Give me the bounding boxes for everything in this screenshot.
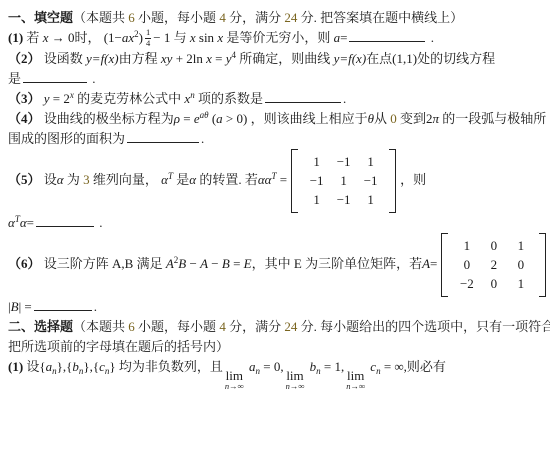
text-run: （本题共 [73,10,128,25]
text-run: xy [161,51,173,66]
text-run: 围成的图形的面积为 [8,131,125,146]
fill-blank-question-6-continuation: |B| =. [8,297,544,317]
text-run: 设{ [23,359,46,374]
text-run: A [200,256,208,271]
fill-blank-question-3: （3） y = 2x 的麦克劳林公式中 xn 项的系数是. [8,89,544,109]
text-run: 为 [64,172,84,187]
answer-blank [127,130,199,143]
answer-blank [36,214,94,227]
fill-blank-question-5-continuation: αTα= . [8,213,544,233]
text-run: 是 [173,172,189,187]
text-run: 分，满分 [226,10,285,25]
text-run: （本题共 [73,319,128,334]
text-run: ax [122,30,134,45]
matrix-grid: 101020−201 [448,233,539,297]
text-run: > 0) ，则该曲线上相应于 [223,111,368,126]
text-run: − [208,256,222,271]
matrix-cell: 0 [480,238,507,254]
text-run: 是 [8,71,21,86]
limit-operator: limn→∞ [346,369,365,391]
answer-blank [265,90,341,103]
text-run: 小题，每小题 [135,10,220,25]
text-run: . [427,30,434,45]
text-run: 是等价无穷小，则 [223,30,334,45]
text-run: 的转置. 若 [196,172,258,187]
text-run: (1) [8,30,23,45]
matrix-cell: 1 [357,154,384,170]
text-run: 二、 [8,319,34,334]
text-run: 在点(1,1)处的切线方程 [366,51,495,66]
text-run: . [96,215,103,230]
text-run: 设三阶方阵 A,B 满足 [41,256,166,271]
choice-question-1: (1) 设{an},{bn},{cn} 均为非负数列，且limn→∞ an = … [8,357,544,391]
text-run: = [430,256,437,271]
text-run: = [212,51,226,66]
matrix-grid: 1−11−11−11−11 [298,149,389,213]
text-run: 的一段弧与极轴所 [439,111,546,126]
text-run: （5） [8,172,41,187]
matrix-cell: 1 [303,192,330,208]
text-run: 把所选项前的字母填在题后的括号内） [8,339,229,354]
text-run: B [11,299,19,314]
text-run: E [244,256,252,271]
text-run: − 1 与 [153,30,190,45]
text-run: 维列向量， [90,172,162,187]
text-run: },{ [83,359,99,374]
matrix-cell: 1 [357,192,384,208]
text-run: 设 [41,172,57,187]
text-run: 若 [23,30,43,45]
text-run: 小题，每小题 [135,319,220,334]
text-run: α [8,215,15,230]
text-run: 分. 每小题给出的四个选项中，只有一项符合题目要求， [297,319,550,334]
fraction-exponent: 14 [145,28,151,49]
matrix-cell: 1 [507,238,534,254]
matrix-right-bracket [539,233,546,297]
limit-underscript: n→∞ [225,382,244,391]
text-run: . [201,131,204,146]
text-run: 分，满分 [226,319,285,334]
matrix-cell: 1 [303,154,330,170]
text-run: A [422,256,430,271]
text-run: = [340,30,347,45]
fill-blank-question-6: （6） 设三阶方阵 A,B 满足 A2B − A − B = E，其中 E 为三… [8,233,544,297]
fraction-numerator: 1 [146,28,150,38]
limit-word: lim [226,369,243,382]
matrix-cell: 0 [453,257,480,273]
text-run: 24 [284,319,297,334]
limit-operator: limn→∞ [286,369,305,391]
matrix-cell: 0 [507,257,534,273]
text-run: 由方程 [119,51,161,66]
text-run: = [27,215,34,230]
text-run: − [186,256,200,271]
matrix-cell: 1 [453,238,480,254]
text-run: 从 [374,111,390,126]
text-run: ，则 [400,172,426,187]
text-run: 变到2 [397,111,433,126]
limit-operator: limn→∞ [225,369,244,391]
text-run: αα [258,172,272,187]
exam-document-page: 一、填空题（本题共 6 小题，每小题 4 分，满分 24 分. 把答案填在题中横… [8,8,544,472]
text-run: （4） [8,111,41,126]
matrix: 1−11−11−11−11 [291,149,396,213]
text-run: = 2 [50,91,70,106]
fill-blank-question-4-continuation: 围成的图形的面积为. [8,129,544,149]
matrix-cell: 1 [330,173,357,189]
matrix-cell: −1 [357,173,384,189]
text-run: A [166,256,174,271]
fill-blank-question-5: （5） 设α 为 3 维列向量， αT 是α 的转置. 若ααT =1−11−1… [8,149,544,213]
text-run: = [230,256,244,271]
limit-word: lim [347,369,364,382]
section1-header: 一、填空题（本题共 6 小题，每小题 4 分，满分 24 分. 把答案填在题中横… [8,8,544,28]
matrix-left-bracket [291,149,298,213]
text-run: 设函数 [41,51,87,66]
text-run: α [57,172,64,187]
text-run: + 2ln [172,51,206,66]
fill-blank-question-2: （2） 设函数 y=f(x)由方程 xy + 2ln x = y4 所确定，则曲… [8,49,544,69]
text-run: ) [139,30,143,45]
text-run: . [89,71,96,86]
text-run: y=f(x) [334,51,367,66]
text-run: 一、 [8,10,34,25]
matrix-cell: 0 [480,276,507,292]
matrix-cell: −1 [330,192,357,208]
text-run: = 1, [321,359,345,374]
matrix-left-bracket [441,233,448,297]
limit-word: lim [286,369,303,382]
text-run: = [277,172,288,187]
text-run: → 0时， (1− [48,30,121,45]
text-run: ，其中 E 为三阶单位矩阵，若 [252,256,422,271]
text-run: },{ [57,359,73,374]
limit-underscript: n→∞ [346,382,365,391]
text-run: 所确定，则曲线 [236,51,334,66]
text-run: （6） [8,256,41,271]
text-run: 填空题 [34,10,73,25]
answer-blank [23,70,87,83]
matrix-cell: 2 [480,257,507,273]
text-run: α [161,172,168,187]
text-run: B [222,256,230,271]
text-run: (1) [8,359,23,374]
answer-blank [349,29,425,42]
text-run: sin [196,30,218,45]
matrix-cell: −1 [303,173,330,189]
text-run: y=f(x) [86,51,119,66]
text-run: 分. 把答案填在题中横线上） [297,10,463,25]
fill-blank-question-2-continuation: 是 . [8,69,544,89]
text-run: = ∞,则必有 [381,359,446,374]
matrix-cell: −1 [330,154,357,170]
text-run: 24 [284,10,297,25]
text-run: = [180,111,194,126]
matrix-cell: −2 [453,276,480,292]
matrix: 101020−201 [441,233,546,297]
text-run: α [20,215,27,230]
fill-blank-question-4: （4） 设曲线的极坐标方程为ρ = eaθ (a > 0) ，则该曲线上相应于θ… [8,109,544,129]
answer-blank [34,298,92,311]
fraction-denominator: 4 [145,38,151,49]
section2-header: 二、选择题（本题共 6 小题，每小题 4 分，满分 24 分. 每小题给出的四个… [8,317,544,337]
text-run: . [94,299,97,314]
text-run: 设曲线的极坐标方程为 [41,111,174,126]
text-run: 项的系数是 [195,91,263,106]
matrix-right-bracket [389,149,396,213]
text-run: （2） [8,51,41,66]
text-run: } 均为非负数列，且 [109,359,223,374]
section2-header-continuation: 把所选项前的字母填在题后的括号内） [8,337,544,357]
matrix-cell: 1 [507,276,534,292]
text-run: （3） [8,91,41,106]
text-run: | = [19,299,32,314]
limit-underscript: n→∞ [286,382,305,391]
text-run: 选择题 [34,319,73,334]
text-run: aθ [200,110,209,120]
text-run: = 0, [260,359,284,374]
text-run: 的麦克劳林公式中 [74,91,185,106]
fill-blank-question-1: (1) 若 x → 0时， (1−ax2)14− 1 与 x sin x 是等价… [8,28,544,49]
text-run: . [343,91,346,106]
